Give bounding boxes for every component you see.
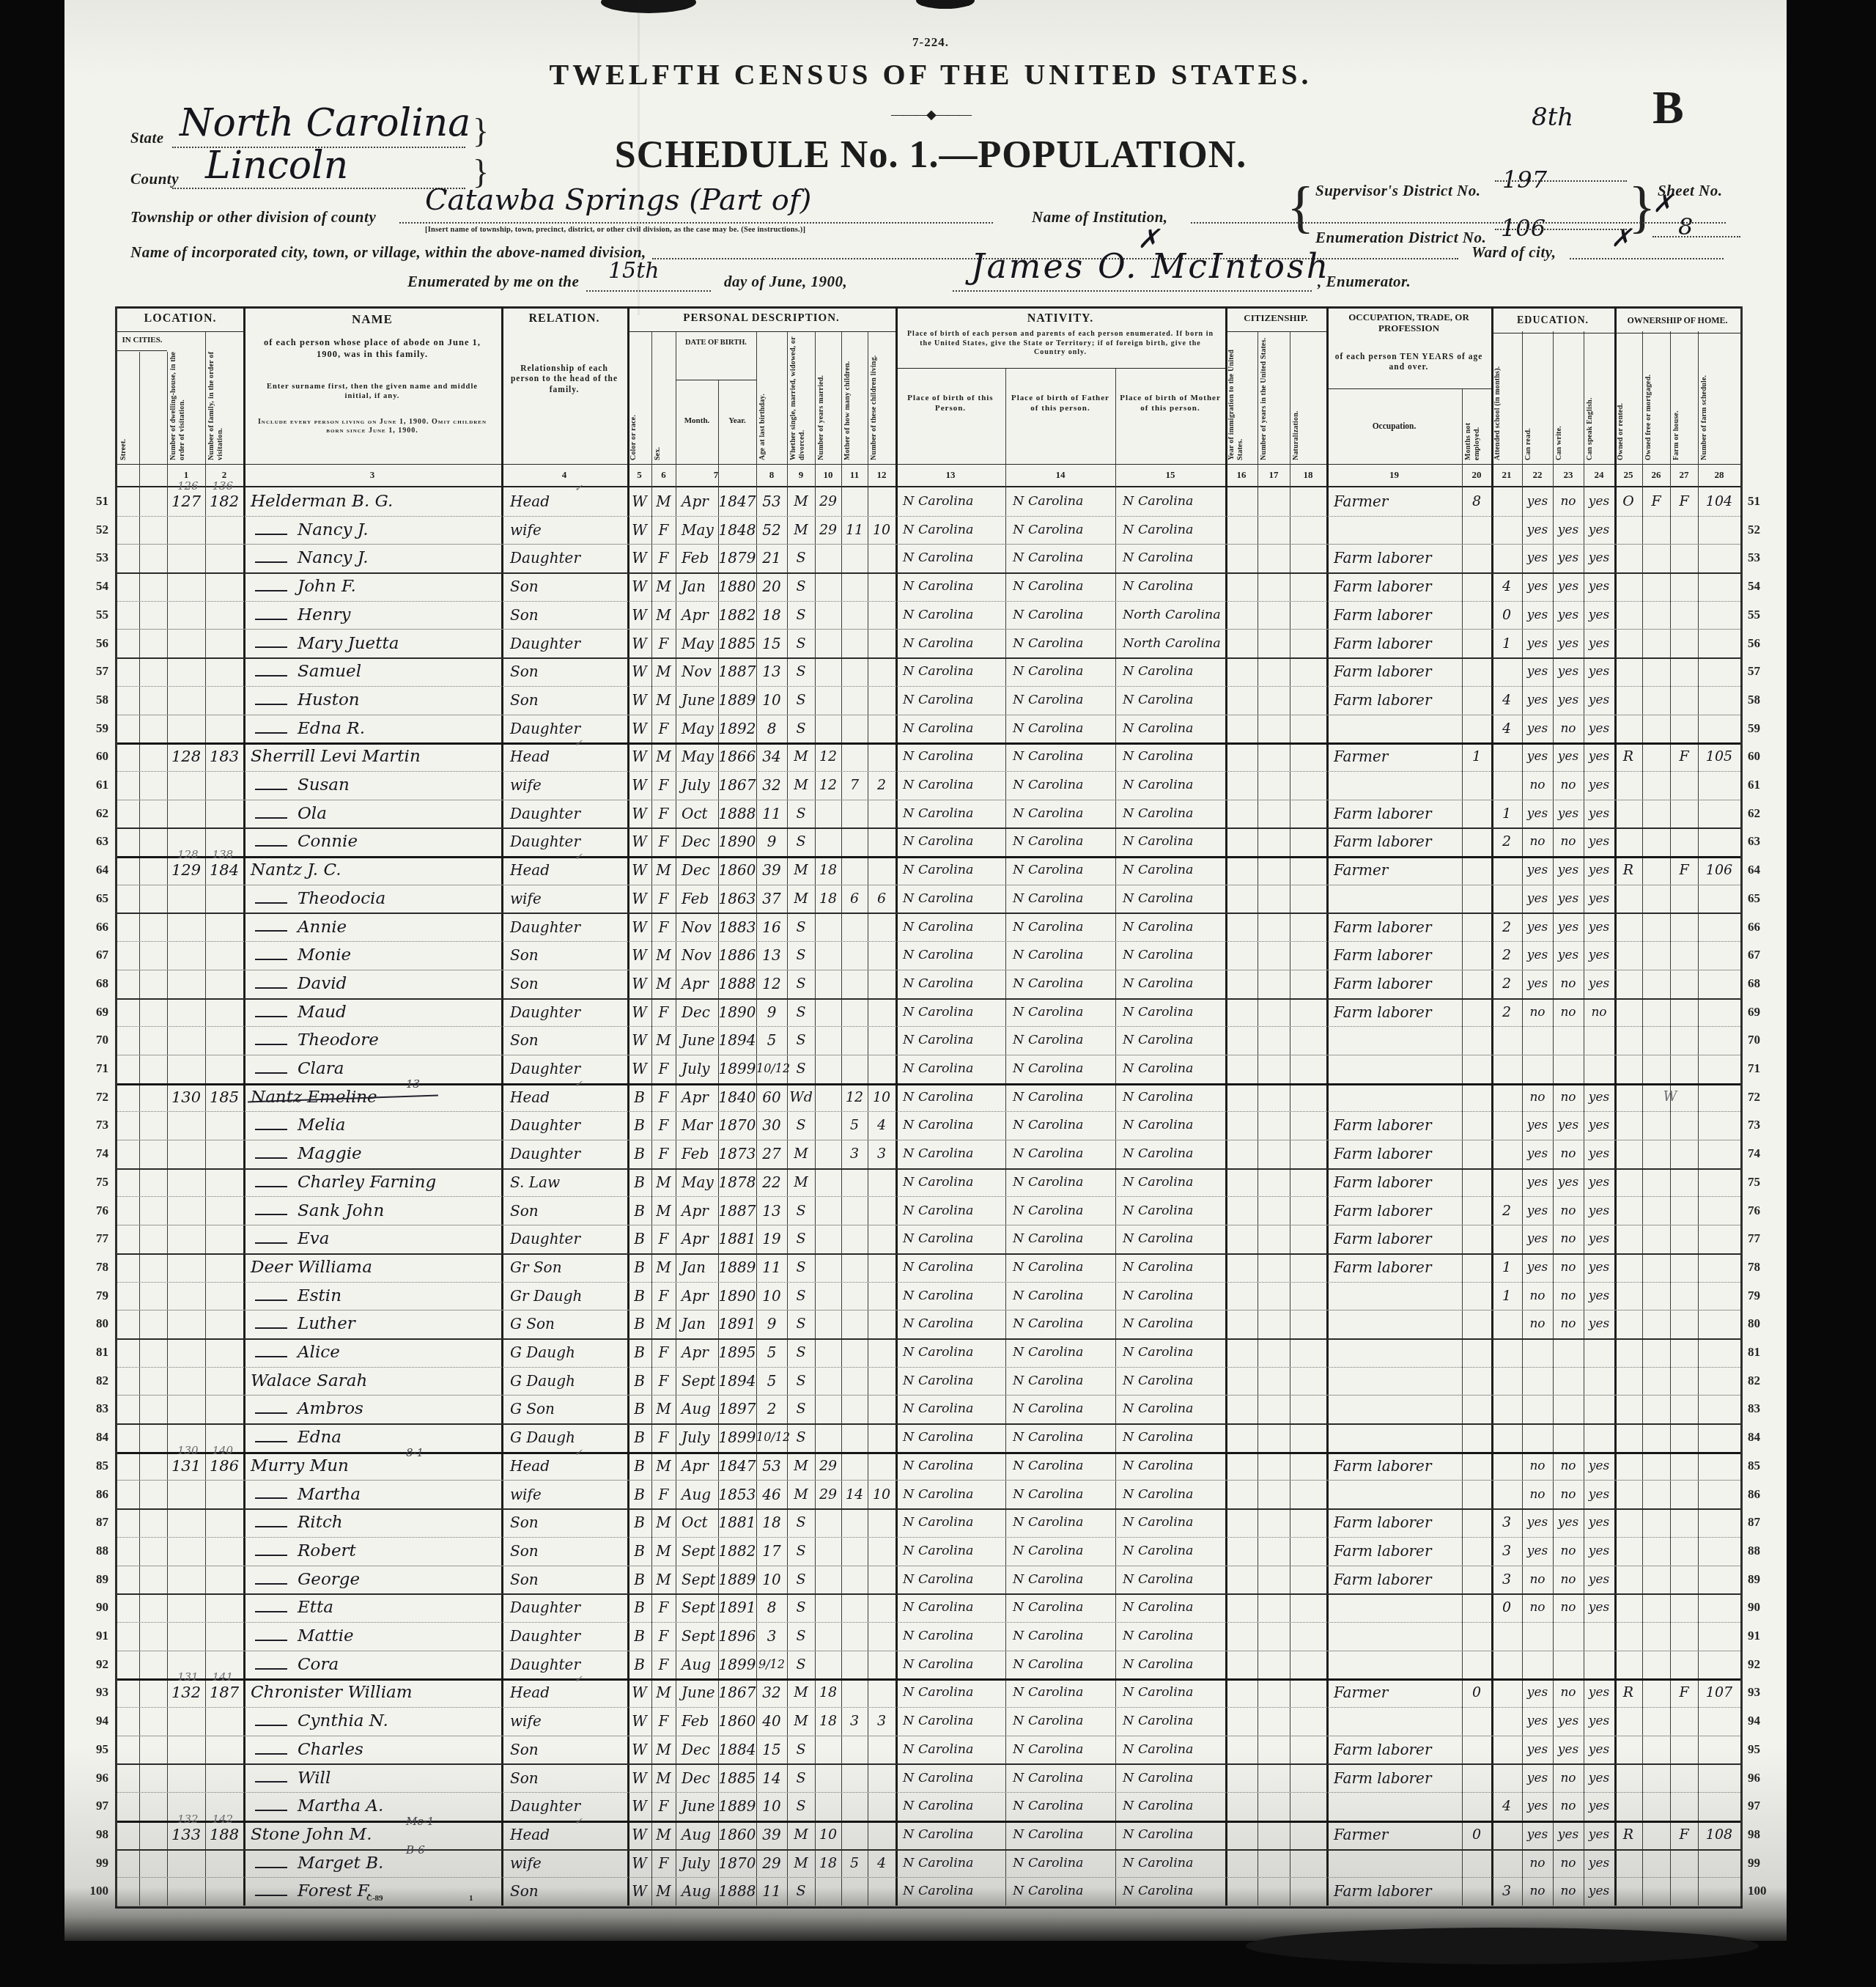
cell-yr: 1890 (718, 998, 756, 1027)
cell-sex: M (651, 941, 676, 970)
cell-occ: Farm laborer (1326, 1537, 1462, 1566)
cell-pob: N Carolina (895, 544, 1005, 572)
name-ditto-dash (255, 1129, 287, 1130)
cell-mo: Oct (676, 800, 718, 828)
cell-rel: Head (501, 1821, 627, 1849)
cell-rd: no (1522, 998, 1553, 1027)
cell-en: yes (1584, 516, 1614, 545)
cell-pob: N Carolina (895, 742, 1005, 771)
column-label-vertical: Age at last birthday. (758, 334, 785, 460)
cell-rel: wife (501, 771, 627, 800)
cell-mo: Sept (676, 1622, 718, 1651)
cell-yr: 1892 (718, 715, 756, 743)
cell-pob: N Carolina (895, 1537, 1005, 1566)
row-number-right: 70 (1748, 1026, 1780, 1055)
state-label: State (130, 129, 164, 147)
cell-mar: S (787, 1111, 815, 1140)
cell-wr: yes (1553, 1736, 1584, 1764)
cell-mo: Dec (676, 856, 718, 885)
cell-pm: N Carolina (1115, 913, 1225, 942)
cell-rel: Daughter (501, 998, 627, 1027)
cell-wr: yes (1553, 1821, 1584, 1849)
cell-pob: N Carolina (895, 1083, 1005, 1112)
cell-occ: Farm laborer (1326, 1111, 1462, 1140)
cell-col: W (627, 1792, 651, 1821)
cell-sch: 2 (1491, 827, 1522, 856)
cell-occ: Farm laborer (1326, 941, 1462, 970)
name-ditto-dash (255, 1157, 287, 1159)
cell-pob: N Carolina (895, 1792, 1005, 1821)
cell-sch: 2 (1491, 1197, 1522, 1225)
cell-col: W (627, 487, 651, 516)
row-number-right: 59 (1748, 715, 1780, 743)
cell-pob: N Carolina (895, 1678, 1005, 1707)
cell-mar: S (787, 572, 815, 601)
cell-yr: 1886 (718, 941, 756, 970)
grid-line (117, 331, 243, 332)
name-note: of each person whose place of abode on J… (251, 337, 494, 360)
cell-col: W (627, 1736, 651, 1764)
cell-occ: Farm laborer (1326, 544, 1462, 572)
cell-en: yes (1584, 1849, 1614, 1878)
row-number-left: 63 (79, 827, 108, 856)
cell-rd: yes (1522, 800, 1553, 828)
cell-rd: yes (1522, 1168, 1553, 1197)
row-number-left: 94 (79, 1707, 108, 1736)
cell-name: Etta (243, 1593, 501, 1622)
cell-pf: N Carolina (1005, 1651, 1115, 1679)
column-number: 16 (1225, 469, 1258, 481)
row-number-left: 54 (79, 572, 108, 601)
cell-rd: yes (1522, 1140, 1553, 1168)
cell-sex: M (651, 1678, 676, 1707)
township-value: Catawba Springs (Part of) (425, 183, 811, 217)
row-number-left: 96 (79, 1764, 108, 1793)
name-ditto-dash (255, 675, 287, 677)
cell-wr: yes (1553, 885, 1584, 913)
cell-yr: 1891 (718, 1593, 756, 1622)
cell-occ: Farm laborer (1326, 970, 1462, 998)
cell-wr: no (1553, 1678, 1584, 1707)
name-ditto-dash (255, 561, 287, 563)
cell-pm: N Carolina (1115, 544, 1225, 572)
cell-rel: Son (501, 1736, 627, 1764)
row-number-right: 52 (1748, 516, 1780, 545)
cell-wr: yes (1553, 657, 1584, 686)
cell-pm: N Carolina (1115, 516, 1225, 545)
cell-sex: F (651, 1849, 676, 1878)
cell-mo: Sept (676, 1566, 718, 1594)
row-number-left: 59 (79, 715, 108, 743)
section-citizenship: CITIZENSHIP. (1225, 312, 1326, 324)
cell-pob: N Carolina (895, 1395, 1005, 1423)
cell-pm: N Carolina (1115, 771, 1225, 800)
cell-col: W (627, 970, 651, 998)
cell-pf: N Carolina (1005, 630, 1115, 658)
cell-en: yes (1584, 657, 1614, 686)
cell-rd: no (1522, 1310, 1553, 1338)
column-label-vertical: Owned or rented. (1617, 336, 1640, 460)
cell-occ: Farm laborer (1326, 1253, 1462, 1282)
cell-pf: N Carolina (1005, 1849, 1115, 1878)
cell-sex: F (651, 1707, 676, 1736)
column-label-vertical (141, 353, 165, 460)
cell-pf: N Carolina (1005, 1083, 1115, 1112)
row-number-left: 70 (79, 1026, 108, 1055)
cell-yr: 1884 (718, 1736, 756, 1764)
column-label-vertical: Street. (119, 353, 137, 460)
cell-pf: N Carolina (1005, 742, 1115, 771)
cell-en: yes (1584, 1310, 1614, 1338)
cell-yr: 1888 (718, 970, 756, 998)
cell-name: Charles (243, 1736, 501, 1764)
cell-col: W (627, 913, 651, 942)
cell-pf: N Carolina (1005, 1055, 1115, 1083)
year-label: Year. (718, 416, 756, 425)
row-number-left: 91 (79, 1622, 108, 1651)
cell-age: 18 (756, 1508, 787, 1537)
cell-sex: F (651, 885, 676, 913)
cell-age: 10 (756, 686, 787, 715)
cell-mo: Jan (676, 1310, 718, 1338)
row-number-right: 66 (1748, 913, 1780, 942)
cell-wr: yes (1553, 686, 1584, 715)
cell-mar: M (787, 1849, 815, 1878)
cell-name: Cynthia N. (243, 1707, 501, 1736)
cell-en: yes (1584, 856, 1614, 885)
cell-pf: N Carolina (1005, 1367, 1115, 1396)
cell-pm: N Carolina (1115, 1792, 1225, 1821)
cell-pf: N Carolina (1005, 1537, 1115, 1566)
row-number-left: 79 (79, 1282, 108, 1310)
name-note: Enter surname first, then the given name… (252, 383, 492, 401)
name-ditto-dash (255, 959, 287, 960)
nativity-note: Place of birth of each person and parent… (906, 330, 1215, 358)
rule (1652, 236, 1740, 237)
cell-pf: N Carolina (1005, 1253, 1115, 1282)
row-number-left: 74 (79, 1140, 108, 1168)
cell-rel: Daughter (501, 1792, 627, 1821)
cell-fam: 188 (205, 1821, 243, 1849)
cell-age: 13 (756, 941, 787, 970)
cell-cb: 12 (841, 1083, 868, 1112)
cell-cb: 3 (841, 1707, 868, 1736)
cell-mar: M (787, 1140, 815, 1168)
cell-wr: no (1553, 1282, 1584, 1310)
cell-own: R (1614, 1821, 1642, 1849)
cell-sex: M (651, 1508, 676, 1537)
cell-rel: Daughter (501, 1055, 627, 1083)
cell-name: Melia (243, 1111, 501, 1140)
relation-annotation: ✓ (575, 483, 604, 494)
cell-col: B (627, 1537, 651, 1566)
cell-rel: Head (501, 856, 627, 885)
cell-dw: 130 (167, 1083, 205, 1112)
form-number: 7-224. (879, 35, 982, 50)
cell-wr: no (1553, 1792, 1584, 1821)
cell-age: 27 (756, 1140, 787, 1168)
cell-rel: Son (501, 1537, 627, 1566)
row-number-right: 74 (1748, 1140, 1780, 1168)
cell-sch: 2 (1491, 941, 1522, 970)
cell-rel: wife (501, 516, 627, 545)
cell-pob: N Carolina (895, 827, 1005, 856)
cell-col: W (627, 885, 651, 913)
cell-rel: Son (501, 657, 627, 686)
cell-en: yes (1584, 544, 1614, 572)
cell-sd: 106 (1698, 856, 1740, 885)
cell-sex: M (651, 1395, 676, 1423)
cell-mo: Jan (676, 572, 718, 601)
cell-pm: N Carolina (1115, 1253, 1225, 1282)
cell-sex: F (651, 1481, 676, 1509)
cell-pm: N Carolina (1115, 572, 1225, 601)
cell-fm: F (1670, 487, 1698, 516)
cell-mar: S (787, 970, 815, 998)
cell-yr: 1848 (718, 516, 756, 545)
cell-yr: 1897 (718, 1395, 756, 1423)
cell-occ: Farm laborer (1326, 1140, 1462, 1168)
cell-cb: 7 (841, 771, 868, 800)
row-number-left: 77 (79, 1225, 108, 1253)
cell-sch: 3 (1491, 1537, 1522, 1566)
cell-col: W (627, 630, 651, 658)
cell-pm: N Carolina (1115, 856, 1225, 885)
cell-fm: F (1670, 856, 1698, 885)
cell-mar: S (787, 1282, 815, 1310)
cell-sex: F (651, 1225, 676, 1253)
supervisors-district-label: Supervisor's District No. (1315, 182, 1480, 200)
cell-sd: 104 (1698, 487, 1740, 516)
enumeration-district-label: Enumeration District No. (1315, 229, 1486, 247)
cell-pm: N Carolina (1115, 1083, 1225, 1112)
cell-rel: Daughter (501, 1651, 627, 1679)
cell-yr: 1889 (718, 1253, 756, 1282)
cell-rel: wife (501, 1481, 627, 1509)
cell-yr: 1894 (718, 1367, 756, 1396)
cell-yr: 1860 (718, 1707, 756, 1736)
column-number: 12 (868, 469, 895, 481)
cell-rd: yes (1522, 1253, 1553, 1282)
cell-mar: M (787, 1821, 815, 1849)
cell-sch: 2 (1491, 970, 1522, 998)
row-number-right: 71 (1748, 1055, 1780, 1083)
cell-pm: N Carolina (1115, 1764, 1225, 1793)
cell-rel: Daughter (501, 1622, 627, 1651)
cell-pm: N Carolina (1115, 1168, 1225, 1197)
cell-name: Will (243, 1764, 501, 1793)
cell-mar: M (787, 742, 815, 771)
cell-rd: yes (1522, 885, 1553, 913)
cell-pf: N Carolina (1005, 913, 1115, 942)
grid-line (117, 464, 1740, 465)
cell-occ: Farmer (1326, 742, 1462, 771)
row-number-left: 100 (79, 1877, 108, 1906)
row-number-right: 76 (1748, 1197, 1780, 1225)
cell-m20: 1 (1462, 742, 1491, 771)
cell-yr: 1890 (718, 827, 756, 856)
cell-cl: 10 (868, 1481, 895, 1509)
cell-pob: N Carolina (895, 1055, 1005, 1083)
column-number: 9 (787, 469, 815, 481)
cell-name: Walace Sarah (243, 1367, 501, 1396)
ownership-annotation: W (1642, 1083, 1698, 1112)
column-number: 14 (1005, 469, 1115, 481)
ward-label: Ward of city, (1471, 243, 1556, 262)
cell-cl: 4 (868, 1849, 895, 1878)
cell-col: B (627, 1111, 651, 1140)
cell-cb: 6 (841, 885, 868, 913)
cell-sch: 0 (1491, 601, 1522, 630)
cell-en: yes (1584, 1083, 1614, 1112)
column-label-vertical: Number of farm schedule. (1700, 336, 1738, 460)
cell-dw: 132 (167, 1678, 205, 1707)
cell-age: 2 (756, 1395, 787, 1423)
cell-rel: Daughter (501, 1140, 627, 1168)
cell-col: B (627, 1168, 651, 1197)
cell-pf: N Carolina (1005, 998, 1115, 1027)
cell-yr: 1880 (718, 572, 756, 601)
column-number: 7 (676, 469, 756, 481)
cell-sd: 105 (1698, 742, 1740, 771)
cell-pob: N Carolina (895, 657, 1005, 686)
cell-pf: N Carolina (1005, 601, 1115, 630)
table-border (115, 306, 1743, 309)
cell-mo: May (676, 630, 718, 658)
cell-occ: Farm laborer (1326, 572, 1462, 601)
row-number-right: 57 (1748, 657, 1780, 686)
row-number-left: 78 (79, 1253, 108, 1282)
cell-en: yes (1584, 970, 1614, 998)
column-label-vertical: Mother of how many children. (843, 334, 865, 460)
cell-pf: N Carolina (1005, 715, 1115, 743)
cell-name: Cora (243, 1651, 501, 1679)
cell-mar: M (787, 1168, 815, 1197)
brace-left: { (1287, 174, 1314, 240)
cell-rd: yes (1522, 572, 1553, 601)
cell-age: 15 (756, 1736, 787, 1764)
cell-en: yes (1584, 742, 1614, 771)
cell-age: 16 (756, 913, 787, 942)
cell-pf: N Carolina (1005, 1395, 1115, 1423)
relation-annotation: ✓ (575, 1674, 604, 1685)
cell-name: David (243, 970, 501, 998)
cell-age: 53 (756, 487, 787, 516)
cell-mar: S (787, 1253, 815, 1282)
cell-col: B (627, 1452, 651, 1481)
cell-en: yes (1584, 686, 1614, 715)
cell-sex: F (651, 913, 676, 942)
row-number-left: 55 (79, 601, 108, 630)
name-ditto-dash (255, 1895, 287, 1896)
cell-pob: N Carolina (895, 1821, 1005, 1849)
cell-ym: 29 (815, 516, 841, 545)
cell-rd: no (1522, 1282, 1553, 1310)
row-number-left: 84 (79, 1423, 108, 1452)
name-ditto-dash (255, 902, 287, 904)
cell-yr: 1888 (718, 800, 756, 828)
cell-col: W (627, 601, 651, 630)
cell-sex: F (651, 630, 676, 658)
cell-pm: N Carolina (1115, 885, 1225, 913)
row-number-right: 55 (1748, 601, 1780, 630)
section-occupation: OCCUPATION, TRADE, OR PROFESSION (1322, 312, 1496, 334)
cell-yr: 1894 (718, 1026, 756, 1055)
name-ditto-dash (255, 1640, 287, 1641)
cell-en: yes (1584, 715, 1614, 743)
row-number-right: 87 (1748, 1508, 1780, 1537)
row-number-right: 100 (1748, 1877, 1780, 1906)
cell-pob: N Carolina (895, 1764, 1005, 1793)
section-nativity: NATIVITY. (895, 312, 1225, 325)
cell-yr: 1899 (718, 1651, 756, 1679)
cell-occ: Farm laborer (1326, 1764, 1462, 1793)
cell-pm: N Carolina (1115, 1197, 1225, 1225)
cell-pm: North Carolina (1115, 630, 1225, 658)
cell-rel: G Son (501, 1310, 627, 1338)
relation-annotation: ✓ (575, 1448, 604, 1459)
grid-line (1225, 331, 1326, 332)
cell-ym: 18 (815, 856, 841, 885)
cell-rel: wife (501, 885, 627, 913)
rule (399, 222, 993, 224)
cell-name: Helderman B. G. (243, 487, 501, 516)
enumerator-label: , Enumerator. (1318, 273, 1411, 291)
relation-annotation: ✓ (575, 1816, 604, 1827)
cell-rd: yes (1522, 1537, 1553, 1566)
cell-mo: Aug (676, 1651, 718, 1679)
cell-age: 34 (756, 742, 787, 771)
cell-name: Chronister William (243, 1678, 501, 1707)
cell-wr: no (1553, 1083, 1584, 1112)
enumerated-label: Enumerated by me on the (407, 273, 579, 291)
name-ditto-dash (255, 619, 287, 620)
column-number: 15 (1115, 469, 1225, 481)
name-ditto-dash (255, 1072, 287, 1074)
cell-rd: no (1522, 1593, 1553, 1622)
cell-pm: N Carolina (1115, 1140, 1225, 1168)
cell-yr: 1885 (718, 630, 756, 658)
cell-yr: 1853 (718, 1481, 756, 1509)
cell-mar: S (787, 1877, 815, 1906)
row-number-right: 90 (1748, 1593, 1780, 1622)
township-note: [Insert name of township, town, precinct… (425, 226, 982, 234)
cell-wr: yes (1553, 742, 1584, 771)
cell-fam: 185 (205, 1083, 243, 1112)
cell-yr: 1881 (718, 1225, 756, 1253)
cell-age: 9 (756, 827, 787, 856)
cell-pf: N Carolina (1005, 487, 1115, 516)
cell-pf: N Carolina (1005, 800, 1115, 828)
cell-en: yes (1584, 800, 1614, 828)
column-label-vertical: Can read. (1524, 336, 1551, 460)
column-number: 18 (1290, 469, 1326, 481)
cell-dw: 131 (167, 1452, 205, 1481)
name-ditto-dash (255, 1497, 287, 1499)
cell-mar: S (787, 686, 815, 715)
cell-wr: yes (1553, 1707, 1584, 1736)
cell-mo: July (676, 1849, 718, 1878)
cell-pm: N Carolina (1115, 657, 1225, 686)
cell-rel: Son (501, 1026, 627, 1055)
cell-sex: F (651, 771, 676, 800)
cell-pob: N Carolina (895, 1593, 1005, 1622)
cell-pm: N Carolina (1115, 970, 1225, 998)
column-label-vertical: Color or race. (629, 334, 649, 460)
cell-mar: S (787, 1622, 815, 1651)
cell-occ: Farm laborer (1326, 827, 1462, 856)
nativity-col-label: Place of birth of Father of this person. (1010, 393, 1111, 414)
